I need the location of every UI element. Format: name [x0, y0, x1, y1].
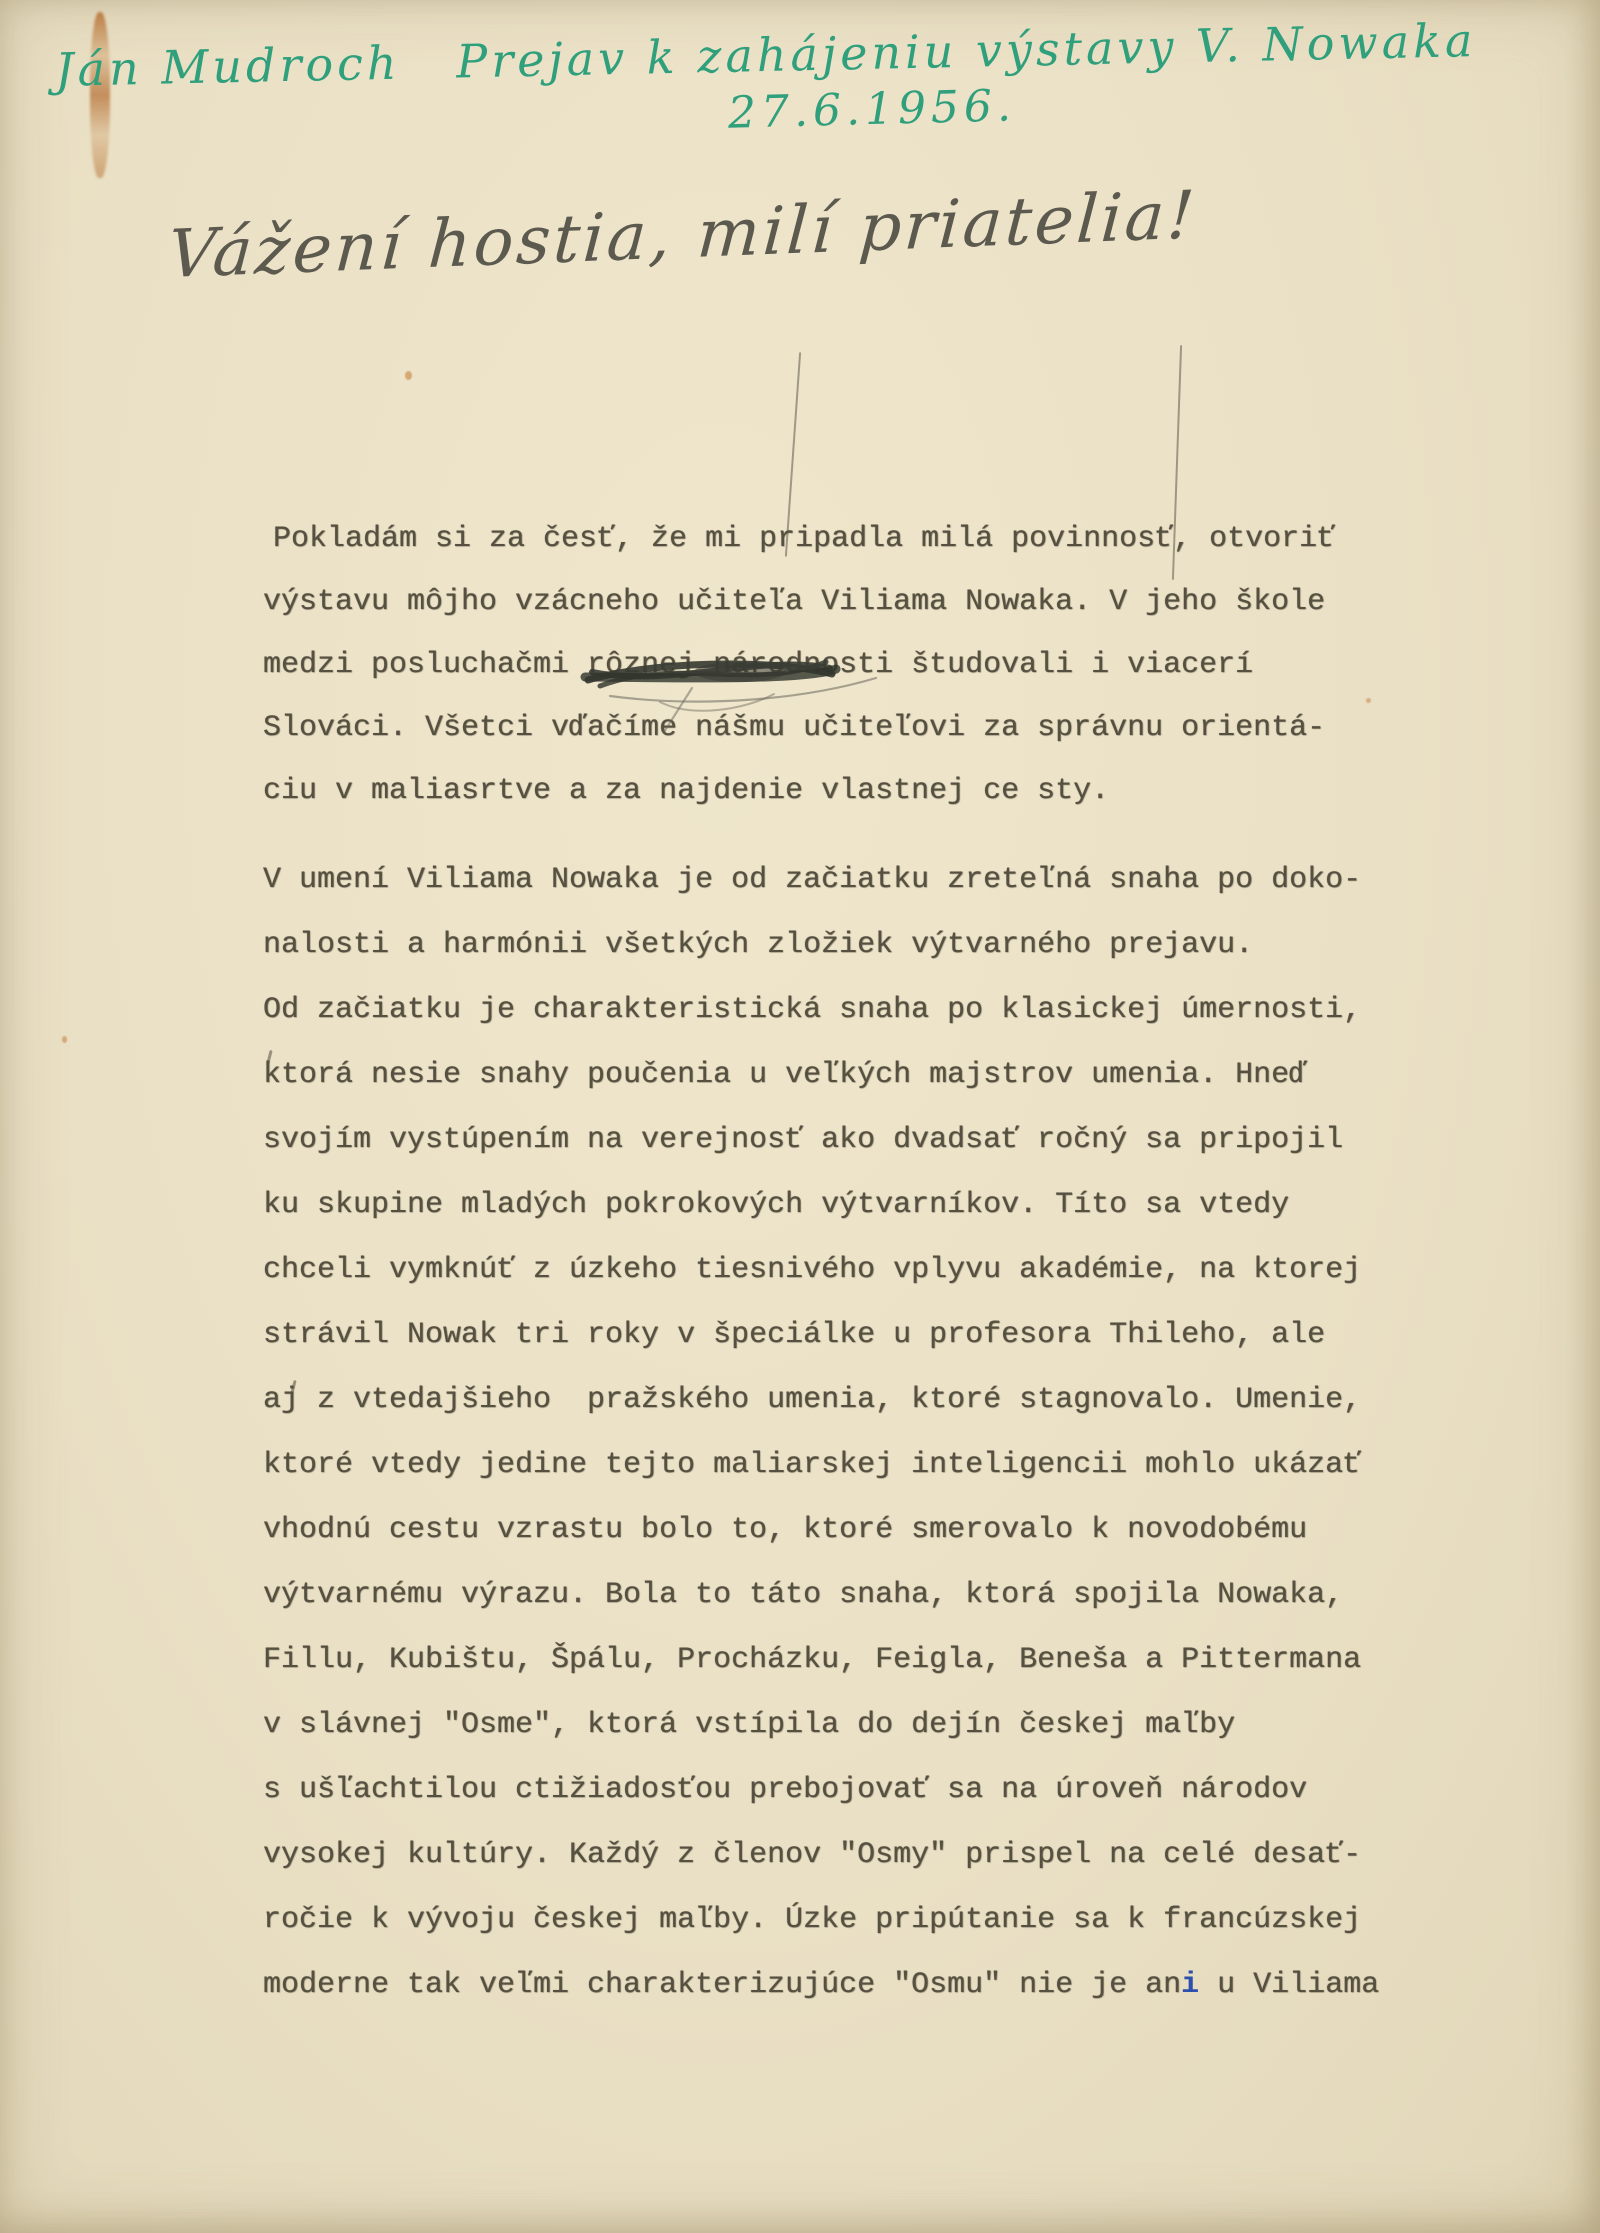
typed-text: u Viliama [1199, 1968, 1379, 2002]
typed-line: ročie k vývoju českej maľby. Úzke pripút… [263, 1888, 1379, 1953]
paper-speck [62, 1036, 67, 1043]
green-ink-date: 27.6.1956. [727, 80, 1016, 139]
typed-line: výtvarnému výrazu. Bola to táto snaha, k… [263, 1563, 1379, 1628]
typed-line: V umení Viliama Nowaka je od začiatku zr… [263, 848, 1379, 913]
typed-line: aj z vtedajšieho pražského umenia, ktoré… [263, 1368, 1379, 1433]
typed-line: vysokej kultúry. Každý z členov "Osmy" p… [263, 1823, 1379, 1888]
typed-text: moderne tak veľmi charakterizujúce "Osmu… [263, 1968, 1181, 2002]
typed-line: ktorá nesie snahy poučenia u veľkých maj… [263, 1043, 1379, 1108]
typed-line: s ušľachtilou ctižiadosťou prebojovať sa… [263, 1758, 1379, 1823]
paper-speck [405, 371, 412, 380]
typed-line: ktoré vtedy jedine tejto maliarskej inte… [263, 1433, 1379, 1498]
typed-line: Od začiatku je charakteristická snaha po… [263, 978, 1379, 1043]
typed-line: výstavu môjho vzácneho učiteľa Viliama N… [263, 571, 1335, 634]
scanned-document-page: Ján Mudroch Prejav k zahájeniu výstavy V… [0, 0, 1600, 2233]
blue-ink-correction: i [1181, 1968, 1199, 2002]
typed-line: ku skupine mladých pokrokových výtvarník… [263, 1173, 1379, 1238]
paper-speck [1366, 698, 1371, 703]
green-ink-annotation: Ján Mudroch Prejav k zahájeniu výstavy V… [55, 13, 1477, 97]
typed-line: Fillu, Kubištu, Špálu, Procházku, Feigla… [263, 1628, 1379, 1693]
typed-line: chceli vymknúť z úzkeho tiesnivého vplyv… [263, 1238, 1379, 1303]
typed-line: strávil Nowak tri roky v špeciálke u pro… [263, 1303, 1379, 1368]
paragraph-2: V umení Viliama Nowaka je od začiatku zr… [263, 848, 1379, 2018]
typed-line: nalosti a harmónii všetkých zložiek výtv… [263, 913, 1379, 978]
typed-line: Pokladám si za česť, že mi pripadla milá… [263, 508, 1335, 571]
ink-scribble-mark [540, 646, 920, 741]
typed-line: vhodnú cestu vzrastu bolo to, ktoré smer… [263, 1498, 1379, 1563]
typed-line: v slávnej "Osme", ktorá vstípila do dejí… [263, 1693, 1379, 1758]
handwritten-title: Vážení hostia, milí priatelia! [166, 176, 1210, 293]
typed-line: svojím vystúpením na verejnosť ako dvads… [263, 1108, 1379, 1173]
typed-line-with-blue-correction: moderne tak veľmi charakterizujúce "Osmu… [263, 1953, 1379, 2018]
typed-line: ciu v maliasrtve a za najdenie vlastnej … [263, 760, 1335, 823]
